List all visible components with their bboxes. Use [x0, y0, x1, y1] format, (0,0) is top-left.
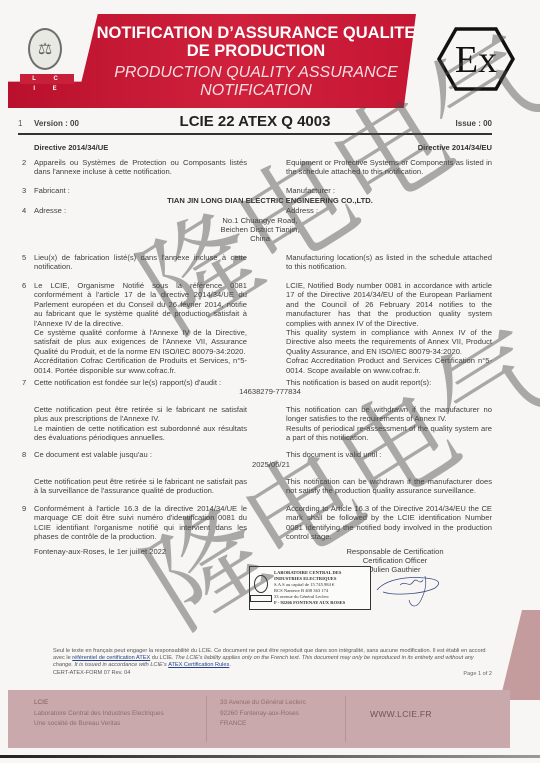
footer-org-sub: Une société de Bureau Veritas: [34, 719, 164, 730]
signatory-role-en: Certification Officer: [330, 556, 460, 565]
section-7-fr-note2: Le maintien de cette notification est su…: [34, 424, 247, 443]
certificate-title-row: 1 Version : 00 LCIE 22 ATEX Q 4003 Issue…: [18, 117, 492, 131]
company-stamp: LABORATOIRE CENTRAL DES INDUSTRIES ELECT…: [249, 566, 371, 610]
page-number: Page 1 of 2: [463, 671, 492, 677]
section-3-number: 3: [22, 186, 26, 195]
section-5-fr: Lieu(x) de fabrication listé(s) dans l'a…: [34, 253, 247, 272]
issue-label: Issue : 00: [456, 119, 492, 128]
atex-rules-link[interactable]: ATEX Certification Rules: [168, 662, 229, 668]
section-8-fr: Ce document est valable jusqu'au :: [34, 450, 152, 459]
section-2-fr: Appareils ou Systèmes de Protection ou C…: [34, 158, 247, 177]
address-line-2: Beichen District Tianjin,: [190, 225, 330, 234]
section-2-en: Equipment or Protective Systems or Compo…: [286, 158, 492, 177]
directive-fr: Directive 2014/34/UE: [34, 143, 108, 152]
section-9-fr: Conformément à l'article 16.3 de la dire…: [34, 504, 247, 542]
manufacturer-label-en: Manufacturer :: [286, 186, 335, 195]
banner-title: NOTIFICATION D’ASSURANCE QUALITE DE PROD…: [96, 24, 416, 100]
section-7-en-notes: This notification can be withdrawn if th…: [286, 405, 492, 443]
ex-explosion-protection-icon: Ex: [436, 26, 516, 92]
section-6-fr-p3: Accréditation Cofrac Certification de Pr…: [34, 356, 247, 375]
section-7-fr-note1: Cette notification peut être retirée si …: [34, 405, 247, 424]
directive-en: Directive 2014/34/EU: [418, 143, 492, 152]
address-label-en: Address :: [286, 206, 318, 215]
section-7-fr-notes: Cette notification peut être retirée si …: [34, 405, 247, 443]
stamp-lcie-bar: [250, 595, 272, 602]
section-7-en-note2: Results of periodical re-assessment of t…: [286, 424, 492, 443]
footer-address-1: 33 Avenue du Général Leclerc: [220, 698, 306, 709]
footer-org: LCIE Laboratoire Central des Industries …: [34, 698, 164, 730]
title-fr-line1: NOTIFICATION D’ASSURANCE QUALITE: [96, 24, 416, 42]
signatory-role-fr: Responsable de Certification: [330, 547, 460, 556]
section-6-en: LCIE, Notified Body number 0081 in accor…: [286, 281, 492, 375]
lcie-logo: ⚖ L C I E: [20, 28, 76, 86]
footer-address: 33 Avenue du Général Leclerc 92260 Fonte…: [220, 698, 306, 730]
section-6-fr: Le LCIE, Organisme Notifié sous la référ…: [34, 281, 247, 375]
certificate-page: ⚖ L C I E NOTIFICATION D’ASSURANCE QUALI…: [0, 0, 540, 763]
stamp-seal-icon: [254, 575, 268, 593]
section-6-en-p1: LCIE, Notified Body number 0081 in accor…: [286, 281, 492, 328]
footer-org-full: Laboratoire Central des Industries Elect…: [34, 709, 164, 720]
address-label-fr: Adresse :: [34, 206, 66, 215]
manufacturer-name: TIAN JIN LONG DIAN ELECTRIC ENGINEERING …: [0, 196, 540, 205]
footer-divider-1: [206, 696, 207, 742]
scan-edge-line: [0, 755, 540, 758]
section-8-en-note: This notification can be withdrawn if th…: [286, 477, 492, 496]
stamp-text: LABORATOIRE CENTRAL DES INDUSTRIES ELECT…: [274, 570, 345, 606]
audit-report-number: 14638279-777834: [0, 387, 540, 396]
section-7-en: This notification is based on audit repo…: [286, 378, 431, 387]
section-9-en: According to Article 16.3 of the Directi…: [286, 504, 492, 542]
svg-text:Ex: Ex: [455, 39, 497, 81]
section-6-fr-p2: Ce système qualité conforme à l'Annexe I…: [34, 328, 247, 356]
footer-website-link[interactable]: WWW.LCIE.FR: [370, 709, 432, 719]
footer-divider-2: [345, 696, 346, 742]
section-8-number: 8: [22, 450, 26, 459]
footer-address-3: FRANCE: [220, 719, 306, 730]
section-7-number: 7: [22, 378, 26, 387]
section-8-fr-note: Cette notification peut être retirée si …: [34, 477, 247, 496]
place-and-date: Fontenay-aux-Roses, le 1er juillet 2022: [34, 547, 166, 556]
section-6-en-p2: This quality system in compliance with A…: [286, 328, 492, 356]
page-curl: [500, 610, 540, 700]
title-fr-line2: DE PRODUCTION: [96, 42, 416, 60]
footer-address-2: 92260 Fontenay-aux-Roses: [220, 709, 306, 720]
section-2-number: 2: [22, 158, 26, 167]
section-5-en: Manufacturing location(s) as listed in t…: [286, 253, 492, 272]
legal-text-2: du LCIE.: [150, 655, 175, 661]
section-6-number: 6: [22, 281, 26, 290]
manufacturer-label-fr: Fabricant :: [34, 186, 70, 195]
title-en-line2: NOTIFICATION: [96, 82, 416, 100]
atex-referential-link[interactable]: référentiel de certification ATEX: [72, 655, 150, 661]
form-reference: CERT-ATEX-FORM 07 Rev. 04: [53, 670, 493, 677]
section-5-number: 5: [22, 253, 26, 262]
section-6-en-p3: Cofrac Accreditation Product and Service…: [286, 356, 492, 375]
certificate-number: LCIE 22 ATEX Q 4003: [18, 113, 492, 130]
section-9-number: 9: [22, 504, 26, 513]
section-7-fr: Cette notification est fondée sur le(s) …: [34, 378, 221, 387]
handwritten-signature: [375, 570, 445, 610]
legal-notice: Seul le texte en français peut engager l…: [53, 648, 493, 677]
section-4-number: 4: [22, 206, 26, 215]
section-8-en: This document is valid until :: [286, 450, 381, 459]
validity-date: 2025/06/21: [230, 460, 290, 469]
stamp-line-6: F - 92266 FONTENAY AUX ROSES: [274, 600, 345, 606]
footer-org-name: LCIE: [34, 698, 164, 709]
address-line-1: No.1 Chuangye Road,: [190, 216, 330, 225]
title-en-line1: PRODUCTION QUALITY ASSURANCE: [96, 64, 416, 82]
address-line-3: China: [190, 234, 330, 243]
lcie-logo-text: L C I E: [20, 74, 74, 84]
section-6-fr-p1: Le LCIE, Organisme Notifié sous la référ…: [34, 281, 247, 328]
footer-band: LCIE Laboratoire Central des Industries …: [8, 690, 510, 748]
section-7-en-note1: This notification can be withdrawn if th…: [286, 405, 492, 424]
bureau-veritas-seal-icon: ⚖: [28, 28, 62, 70]
title-divider: [18, 133, 492, 135]
